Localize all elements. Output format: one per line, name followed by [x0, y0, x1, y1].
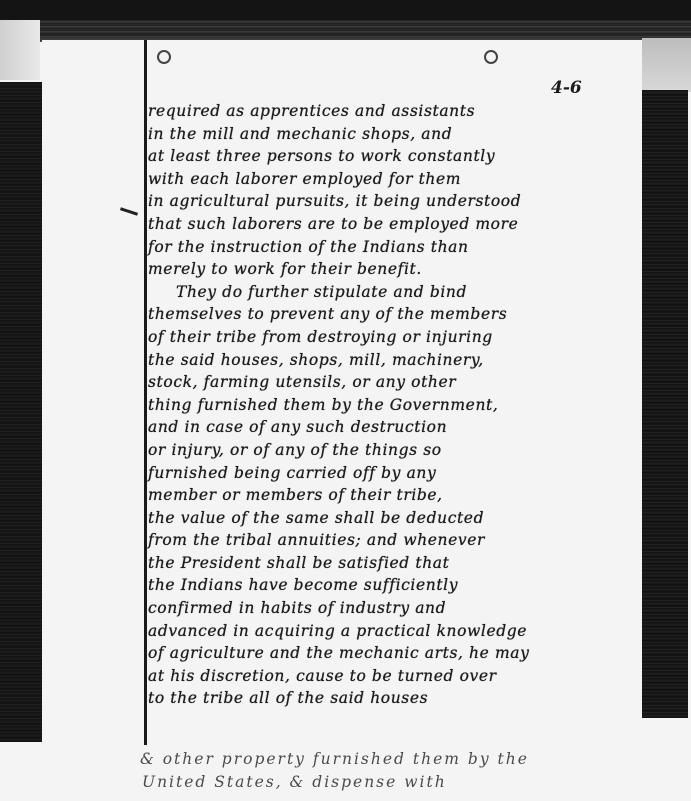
- text-line: confirmed in habits of industry and: [148, 597, 648, 620]
- text-line: thing furnished them by the Government,: [148, 394, 648, 417]
- manuscript-body: required as apprentices and assistants i…: [148, 100, 648, 710]
- continuation-line: United States, & dispense with: [140, 771, 680, 794]
- text-line: of agriculture and the mechanic arts, he…: [148, 642, 648, 665]
- continuation-text: & other property furnished them by the U…: [140, 748, 680, 793]
- text-line: themselves to prevent any of the members: [148, 303, 648, 326]
- punch-hole-icon: [157, 50, 171, 64]
- text-line: at least three persons to work constantl…: [148, 145, 648, 168]
- text-line: advanced in acquiring a practical knowle…: [148, 620, 648, 643]
- text-line: member or members of their tribe,: [148, 484, 648, 507]
- punch-hole-icon: [484, 50, 498, 64]
- text-line: in the mill and mechanic shops, and: [148, 123, 648, 146]
- text-line: the value of the same shall be deducted: [148, 507, 648, 530]
- text-line: from the tribal annuities; and whenever: [148, 529, 648, 552]
- scanner-border-band: [0, 20, 691, 42]
- scanner-border-left: [0, 82, 42, 742]
- text-line: or injury, or of any of the things so: [148, 439, 648, 462]
- text-line: to the tribe all of the said houses: [148, 687, 648, 710]
- text-line: with each laborer employed for them: [148, 168, 648, 191]
- margin-rule: [144, 40, 147, 745]
- scanner-corner-right: [642, 38, 691, 92]
- paragraph-start-line: They do further stipulate and bind: [148, 281, 648, 304]
- text-line: stock, farming utensils, or any other: [148, 371, 648, 394]
- scanner-corner: [0, 20, 40, 80]
- scanner-border-right: [642, 90, 688, 718]
- text-line: and in case of any such destruction: [148, 416, 648, 439]
- text-line: required as apprentices and assistants: [148, 100, 648, 123]
- text-line: in agricultural pursuits, it being under…: [148, 190, 648, 213]
- text-line: the said houses, shops, mill, machinery,: [148, 349, 648, 372]
- text-line: of their tribe from destroying or injuri…: [148, 326, 648, 349]
- page-number: 4-6: [551, 78, 582, 98]
- text-line: for the instruction of the Indians than: [148, 236, 648, 259]
- text-line: the President shall be satisfied that: [148, 552, 648, 575]
- text-line: merely to work for their benefit.: [148, 258, 648, 281]
- text-line: the Indians have become sufficiently: [148, 574, 648, 597]
- text-line: that such laborers are to be employed mo…: [148, 213, 648, 236]
- text-line: at his discretion, cause to be turned ov…: [148, 665, 648, 688]
- continuation-line: & other property furnished them by the: [140, 748, 680, 771]
- text-line: furnished being carried off by any: [148, 462, 648, 485]
